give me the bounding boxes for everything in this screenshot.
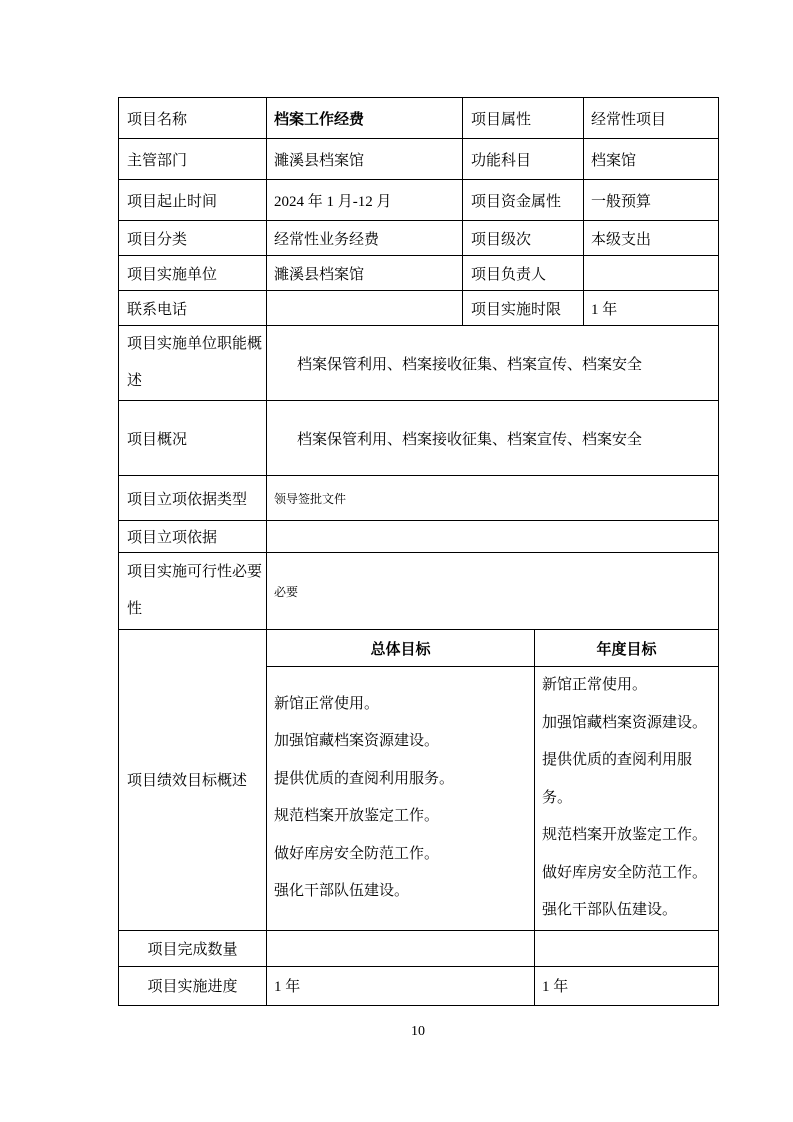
field-value: 一般预算 — [584, 180, 719, 221]
goal-item: 规范档案开放鉴定工作。 — [274, 798, 527, 836]
table-row: 项目绩效目标概述 总体目标 年度目标 — [119, 630, 719, 667]
table-row: 项目实施进度 1 年 1 年 — [119, 966, 719, 1005]
annual-goals-cell: 新馆正常使用。 加强馆藏档案资源建设。 提供优质的查阅利用服务。 规范档案开放鉴… — [535, 667, 719, 931]
field-value — [267, 291, 463, 326]
field-label: 项目实施时限 — [463, 291, 584, 326]
document-page: 项目名称 档案工作经费 项目属性 经常性项目 主管部门 濉溪县档案馆 功能科目 … — [0, 0, 793, 1122]
table-row: 项目立项依据 — [119, 521, 719, 553]
field-label: 项目立项依据 — [119, 521, 267, 553]
field-label: 项目起止时间 — [119, 180, 267, 221]
goal-item: 规范档案开放鉴定工作。 — [542, 817, 711, 855]
table-row: 项目完成数量 — [119, 930, 719, 966]
table-row: 项目实施可行性必要性 必要 — [119, 553, 719, 630]
field-label: 项目实施单位职能概述 — [119, 326, 267, 401]
field-value: 濉溪县档案馆 — [267, 256, 463, 291]
goal-item: 加强馆藏档案资源建设。 — [274, 723, 527, 761]
goal-item: 新馆正常使用。 — [274, 686, 527, 724]
table-row: 项目名称 档案工作经费 项目属性 经常性项目 — [119, 98, 719, 139]
table-row: 联系电话 项目实施时限 1 年 — [119, 291, 719, 326]
field-label: 项目实施进度 — [119, 966, 267, 1005]
page-number: 10 — [118, 1024, 718, 1040]
field-label: 项目名称 — [119, 98, 267, 139]
field-value: 2024 年 1 月-12 月 — [267, 180, 463, 221]
project-info-table: 项目名称 档案工作经费 项目属性 经常性项目 主管部门 濉溪县档案馆 功能科目 … — [118, 97, 719, 1006]
field-value: 档案馆 — [584, 139, 719, 180]
field-value: 经常性业务经费 — [267, 221, 463, 256]
completed-quantity-overall — [267, 930, 535, 966]
field-label: 功能科目 — [463, 139, 584, 180]
goal-item: 做好库房安全防范工作。 — [274, 836, 527, 874]
goal-item: 强化干部队伍建设。 — [542, 892, 711, 930]
field-label: 项目属性 — [463, 98, 584, 139]
goal-item: 强化干部队伍建设。 — [274, 873, 527, 911]
field-label: 项目实施单位 — [119, 256, 267, 291]
field-label: 项目资金属性 — [463, 180, 584, 221]
goal-item: 新馆正常使用。 — [542, 667, 711, 705]
goal-item: 加强馆藏档案资源建设。 — [542, 705, 711, 743]
field-label: 联系电话 — [119, 291, 267, 326]
field-value-unit-functions: 档案保管利用、档案接收征集、档案宣传、档案安全 — [267, 326, 719, 401]
table-row: 项目实施单位职能概述 档案保管利用、档案接收征集、档案宣传、档案安全 — [119, 326, 719, 401]
field-value: 经常性项目 — [584, 98, 719, 139]
field-label: 项目立项依据类型 — [119, 476, 267, 521]
completed-quantity-annual — [535, 930, 719, 966]
field-label: 项目实施可行性必要性 — [119, 553, 267, 630]
field-value — [584, 256, 719, 291]
table-row: 主管部门 濉溪县档案馆 功能科目 档案馆 — [119, 139, 719, 180]
goal-item: 提供优质的查阅利用服务。 — [542, 742, 711, 817]
implementation-progress-annual: 1 年 — [535, 966, 719, 1005]
table-row: 项目实施单位 濉溪县档案馆 项目负责人 — [119, 256, 719, 291]
field-label-performance-goals: 项目绩效目标概述 — [119, 630, 267, 931]
annual-goal-header: 年度目标 — [535, 630, 719, 667]
field-value: 濉溪县档案馆 — [267, 139, 463, 180]
field-label: 项目分类 — [119, 221, 267, 256]
goal-item: 提供优质的查阅利用服务。 — [274, 761, 527, 799]
field-value: 1 年 — [584, 291, 719, 326]
field-value: 本级支出 — [584, 221, 719, 256]
table-row: 项目概况 档案保管利用、档案接收征集、档案宣传、档案安全 — [119, 401, 719, 476]
field-value-project-overview: 档案保管利用、档案接收征集、档案宣传、档案安全 — [267, 401, 719, 476]
field-value-necessity: 必要 — [267, 553, 719, 630]
field-value-project-name: 档案工作经费 — [267, 98, 463, 139]
field-label: 项目概况 — [119, 401, 267, 476]
overall-goal-header: 总体目标 — [267, 630, 535, 667]
field-value-approval-basis-type: 领导签批文件 — [267, 476, 719, 521]
table-row: 项目分类 经常性业务经费 项目级次 本级支出 — [119, 221, 719, 256]
field-label: 项目负责人 — [463, 256, 584, 291]
table-row: 项目起止时间 2024 年 1 月-12 月 项目资金属性 一般预算 — [119, 180, 719, 221]
overall-goals-cell: 新馆正常使用。 加强馆藏档案资源建设。 提供优质的查阅利用服务。 规范档案开放鉴… — [267, 667, 535, 931]
field-label: 项目级次 — [463, 221, 584, 256]
field-label: 主管部门 — [119, 139, 267, 180]
table-row: 项目立项依据类型 领导签批文件 — [119, 476, 719, 521]
goal-item: 做好库房安全防范工作。 — [542, 855, 711, 893]
implementation-progress-overall: 1 年 — [267, 966, 535, 1005]
field-value-approval-basis — [267, 521, 719, 553]
field-label: 项目完成数量 — [119, 930, 267, 966]
